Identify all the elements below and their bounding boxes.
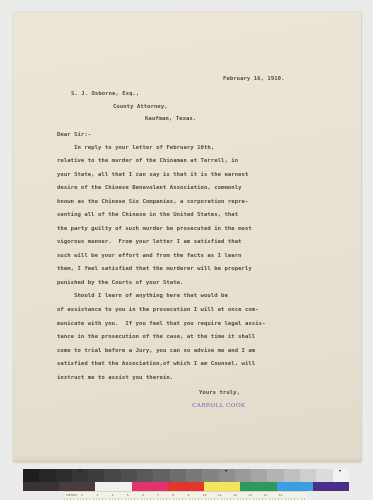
signature: CARROLL COOK [192,404,246,410]
gray-patch [202,469,218,482]
gray-patch [284,469,300,482]
ruler-tick-label: 14 [263,493,278,497]
registration-marker [339,470,341,472]
color-patch-strip [23,482,349,491]
body-line: senting all of the Chinese in the United… [57,213,238,219]
ruler-tick-label: 6 [142,493,157,497]
ruler-unit-label: METRIC [66,493,81,497]
ruler-tick-label: 11 [218,493,233,497]
color-patch-dark-brown [23,482,59,491]
body-line: relative to the murder of the Chinaman a… [57,159,238,165]
ruler-tick-label: 4 [112,493,127,497]
gray-patch [88,469,104,482]
color-patch-magenta [132,482,168,491]
body-line: the party guilty of such murder be prose… [57,227,252,233]
body-line: satisfied that the Association,of which … [57,362,255,368]
gray-patch [39,469,55,482]
color-patch-green [240,482,276,491]
body-line: In reply to your letter of February 10th… [57,146,214,152]
body-line: vigorous manner. From your letter I am s… [57,240,242,246]
registration-marker [225,470,227,472]
ruler-tick-label: 13 [248,493,263,497]
body-line: desire of the Chinese Benevolent Associa… [57,186,242,192]
color-patch-yellow [204,482,240,491]
gray-patch [251,469,267,482]
gray-patch [267,469,283,482]
color-patch-brown [59,482,95,491]
gray-patch [56,469,72,482]
gray-patch [170,469,186,482]
gray-patch [153,469,169,482]
gray-patch [121,469,137,482]
body-line: Should I learn of anything here that wou… [57,294,228,300]
gray-patch [235,469,251,482]
gray-patch [137,469,153,482]
ruler-tick-label: 3 [96,493,111,497]
ruler-tick-label: 7 [157,493,172,497]
color-patch-red [168,482,204,491]
body-line: punished by the Courts of your State. [57,281,183,287]
gray-scale-strip [23,469,349,482]
closing: Yours truly, [199,391,240,397]
metric-ruler: METRIC23456789101112131415 [64,491,307,500]
body-line: known as the Chinese Six Companies, a co… [57,200,248,206]
registration-marker [79,470,81,472]
body-line: your State, all that I can say is that i… [57,173,248,179]
color-patch-purple [313,482,349,491]
salutation: Dear Sir:- [57,133,91,139]
color-patch-blue [277,482,313,491]
gray-patch [104,469,120,482]
body-line: tance in the prosecution of the case, at… [57,335,255,341]
registration-marker [30,470,32,472]
letter-date: February 16, 1910. [223,77,285,83]
ruler-tick-label: 8 [172,493,187,497]
letter-page [13,12,361,462]
body-line: of assistance to you in the prosecution … [57,308,259,314]
ruler-labels: METRIC23456789101112131415 [66,493,294,497]
ruler-tick-label: 10 [203,493,218,497]
recipient-location: Kaufman, Texas. [145,117,196,123]
body-line: them, I feel satisfied that the murderer… [57,267,252,273]
color-calibration-target [23,469,349,491]
body-line: instruct me to assist you therein. [57,376,173,382]
ruler-tick-label: 5 [127,493,142,497]
body-line: municate with you. If you feel that you … [57,322,265,328]
body-line: such will be your effort and from the fa… [57,254,242,260]
ruler-tick-label: 15 [279,493,294,497]
ruler-tick-label: 2 [81,493,96,497]
recipient-title: County Attorney, [113,105,168,111]
gray-patch [300,469,316,482]
ruler-tick-label: 12 [233,493,248,497]
gray-patch [186,469,202,482]
body-line: come to trial before a Jury, you can so … [57,349,255,355]
ruler-tick-label: 9 [188,493,203,497]
gray-patch [316,469,332,482]
recipient-name: S. J. Osborne, Esq., [71,92,139,98]
color-patch-white [95,482,131,491]
